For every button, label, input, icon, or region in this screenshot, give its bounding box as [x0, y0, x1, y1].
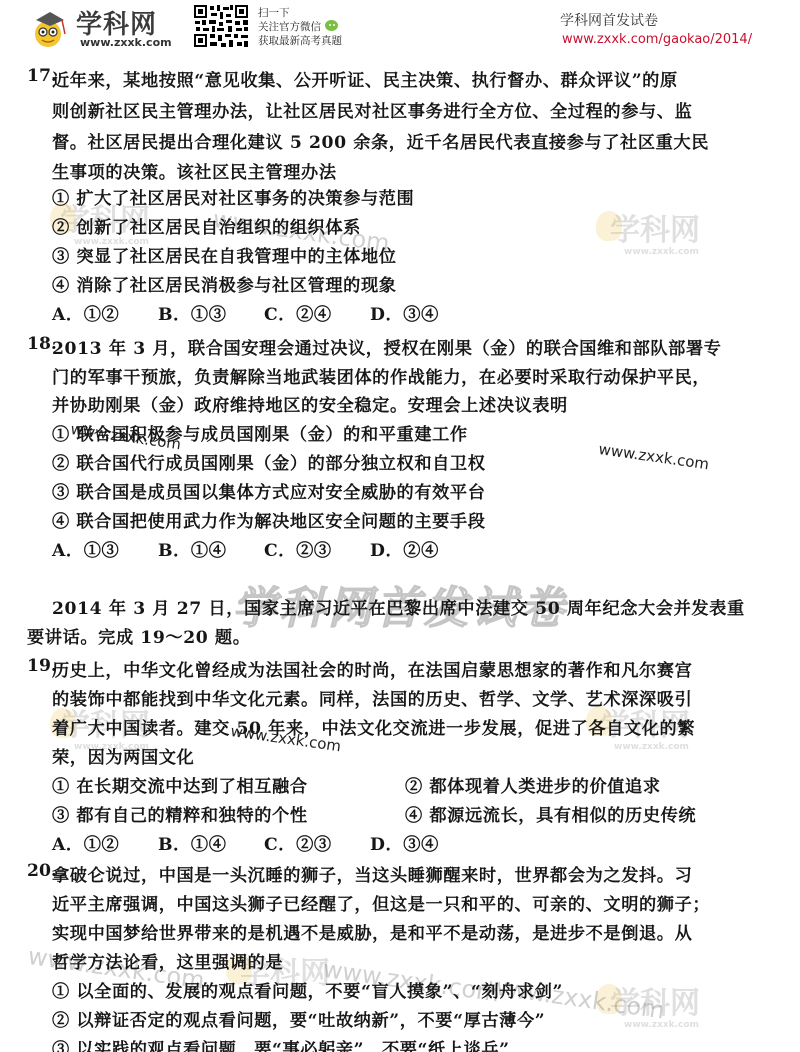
option-a[interactable]: A．①② [52, 300, 119, 325]
option-c[interactable]: C．②④ [264, 300, 332, 325]
question-stem-line: 近年来，某地按照“意见收集、公开听证、民主决策、执行督办、群众评议”的原 [52, 66, 678, 91]
statement-4: ④ 消除了社区居民消极参与社区管理的现象 [52, 271, 397, 296]
statement-1: ① 以全面的、发展的观点看问题，不要“盲人摸象”、“刻舟求剑” [52, 977, 563, 1002]
question-stem-line: 并协助刚果（金）政府维持地区的安全稳定。安理会上述决议表明 [52, 391, 568, 416]
site-info: 学科网首发试卷 www.zxxk.com/gaokao/2014/ [560, 10, 752, 47]
watermark-logo: 学科网www.zxxk.com [610, 205, 700, 257]
qr-code-icon [193, 4, 249, 48]
statement-4: ④ 联合国把使用武力作为解决地区安全问题的主要手段 [52, 507, 486, 532]
statement-3: ③ 突显了社区居民在自我管理中的主体地位 [52, 242, 397, 267]
question-stem-line: 着广大中国读者。建交 50 年来，中法文化交流进一步发展，促进了各自文化的繁 [52, 714, 695, 739]
statement-3: ③ 都有自己的精粹和独特的个性 [52, 801, 308, 826]
graduate-mascot-icon [32, 8, 68, 48]
question-stem-line: 近平主席强调，中国这头狮子已经醒了，但这是一只和平的、可亲的、文明的狮子； [52, 890, 710, 915]
option-a[interactable]: A．①③ [52, 536, 119, 561]
page-header: 学科网 www.zxxk.com 扫一下 关注官方微信 获取最新高考真题 学科网… [0, 0, 800, 52]
question-stem-line: 哲学方法论看，这里强调的是 [52, 948, 283, 973]
option-b[interactable]: B．①④ [158, 536, 227, 561]
statement-1: ① 在长期交流中达到了相互融合 [52, 772, 308, 797]
statement-2: ② 以辩证否定的观点看问题，要“吐故纳新”，不要“厚古薄今” [52, 1006, 545, 1031]
wechat-line-2: 关注官方微信 [258, 21, 321, 33]
wechat-line-1: 扫一下 [258, 6, 342, 20]
wechat-line-3: 获取最新高考真题 [258, 34, 342, 48]
question-stem-line: 荣，因为两国文化 [52, 743, 194, 768]
question-stem-line: 实现中国梦给世界带来的是机遇不是威胁，是和平不是动荡，是进步不是倒退。从 [52, 919, 692, 944]
statement-2: ② 创新了社区居民自治组织的组织体系 [52, 213, 361, 238]
statement-4: ④ 都源远流长，具有相似的历史传统 [405, 801, 696, 826]
watermark-url: www.zxxk.com [597, 440, 710, 473]
option-b[interactable]: B．①③ [158, 300, 227, 325]
question-stem-line: 2013 年 3 月，联合国安理会通过决议，授权在刚果（金）的联合国维和部队部署… [52, 334, 722, 359]
site-url-link[interactable]: www.zxxk.com/gaokao/2014/ [562, 32, 752, 47]
site-title: 学科网首发试卷 [560, 10, 752, 30]
option-a[interactable]: A．①② [52, 830, 119, 855]
statement-2: ② 都体现着人类进步的价值追求 [405, 772, 661, 797]
option-d[interactable]: D．③④ [370, 300, 439, 325]
statement-2: ② 联合国代行成员国刚果（金）的部分独立权和自卫权 [52, 449, 486, 474]
option-d[interactable]: D．③④ [370, 830, 439, 855]
question-stem-line: 历史上，中华文化曾经成为法国社会的时尚，在法国启蒙思想家的著作和凡尔赛宫 [52, 656, 692, 681]
question-stem-line: 生事项的决策。该社区民主管理办法 [52, 158, 337, 183]
intro-line: 2014 年 3 月 27 日，国家主席习近平在巴黎出席中法建交 50 周年纪念… [52, 594, 745, 619]
question-stem-line: 则创新社区民主管理办法，让社区居民对社区事务进行全方位、全过程的参与、监 [52, 97, 692, 122]
zxxk-logo[interactable]: 学科网 www.zxxk.com [32, 2, 172, 50]
question-stem-line: 拿破仑说过，中国是一头沉睡的狮子，当这头睡狮醒来时，世界都会为之发抖。习 [52, 861, 692, 886]
wechat-icon [325, 20, 338, 31]
statement-1: ① 联合国积极参与成员国刚果（金）的和平重建工作 [52, 420, 468, 445]
question-stem-line: 督。社区居民提出合理化建议 5 200 余条，近千名居民代表直接参与了社区重大民 [52, 128, 709, 153]
option-d[interactable]: D．②④ [370, 536, 439, 561]
statement-3: ③ 以实践的观点看问题，要“事必躬亲”，不要“纸上谈兵” [52, 1035, 510, 1052]
watermark-logo: 学科网www.zxxk.com [610, 978, 700, 1030]
question-stem-line: 的装饰中都能找到中华文化元素。同样，法国的历史、哲学、文学、艺术深深吸引 [52, 685, 692, 710]
option-c[interactable]: C．②③ [264, 830, 332, 855]
option-c[interactable]: C．②③ [264, 536, 332, 561]
statement-1: ① 扩大了社区居民对社区事务的决策参与范围 [52, 184, 414, 209]
statement-3: ③ 联合国是成员国以集体方式应对安全威胁的有效平台 [52, 478, 486, 503]
wechat-promo: 扫一下 关注官方微信 获取最新高考真题 [258, 6, 342, 48]
intro-line: 要讲话。完成 19～20 题。 [27, 623, 251, 648]
question-stem-line: 门的军事干预旅，负责解除当地武装团体的作战能力，在必要时采取行动保护平民， [52, 363, 710, 388]
logo-url: www.zxxk.com [80, 36, 172, 49]
option-b[interactable]: B．①④ [158, 830, 227, 855]
